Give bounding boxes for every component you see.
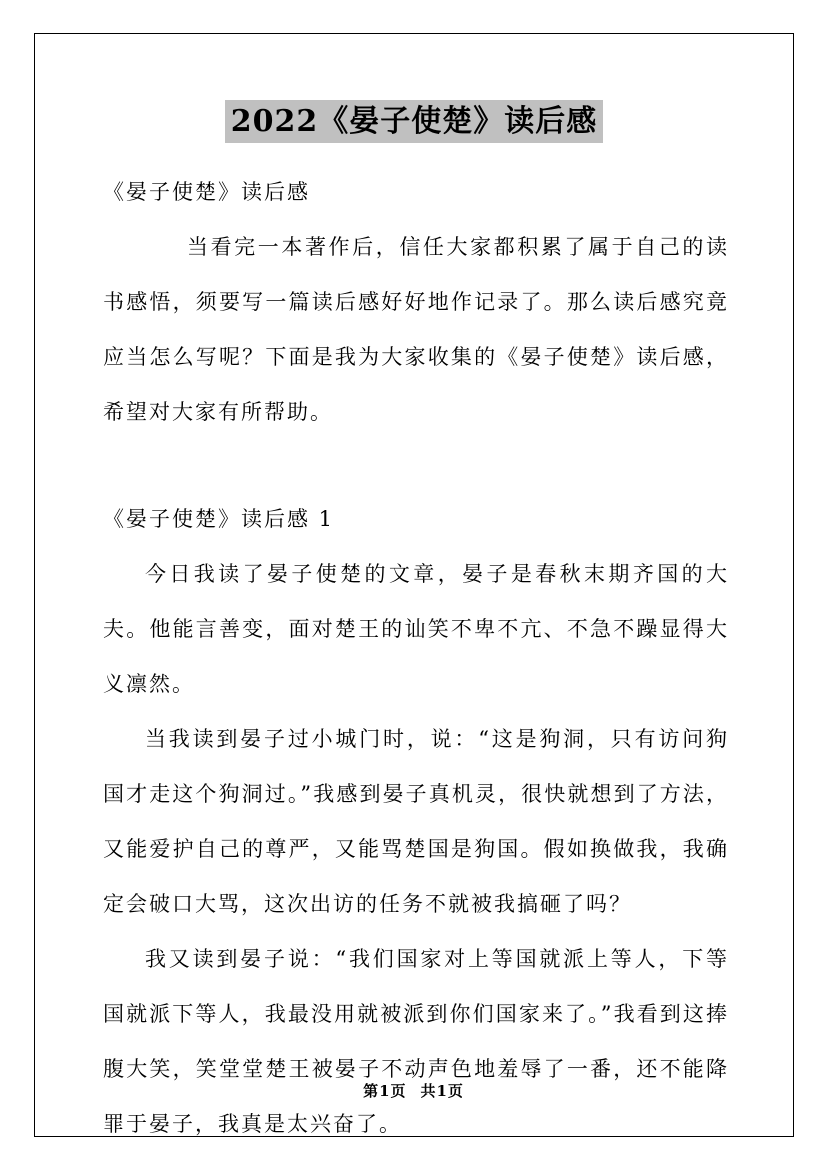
page-border-frame: 2022《晏子使楚》读后感 《晏子使楚》读后感 当看完一本著作后，信任大家都积累… [34,33,794,1137]
document-body: 《晏子使楚》读后感 当看完一本著作后，信任大家都积累了属于自己的读书感悟，须要写… [35,165,793,1152]
document-title: 2022《晏子使楚》读后感 [225,100,604,143]
section1-paragraph-3: 我又读到晏子说：“我们国家对上等国就派上等人，下等国就派下等人，我最没用就被派到… [103,932,729,1152]
section1-paragraph-1: 今日我读了晏子使楚的文章，晏子是春秋末期齐国的大夫。他能言善变，面对楚王的讪笑不… [103,547,729,712]
section1-heading: 《晏子使楚》读后感 1 [103,492,729,547]
section1-paragraph-2: 当我读到晏子过小城门时，说：“这是狗洞，只有访问狗国才走这个狗洞过。”我感到晏子… [103,712,729,932]
document-page: 2022《晏子使楚》读后感 《晏子使楚》读后感 当看完一本著作后，信任大家都积累… [0,0,827,1170]
footer-current-page: 第1页 [363,1082,406,1100]
page-footer: 第1页共1页 [0,1080,827,1101]
intro-heading: 《晏子使楚》读后感 [103,165,729,220]
intro-paragraph: 当看完一本著作后，信任大家都积累了属于自己的读书感悟，须要写一篇读后感好好地作记… [103,220,729,440]
title-row: 2022《晏子使楚》读后感 [35,100,793,143]
footer-total-pages: 共1页 [421,1082,464,1100]
